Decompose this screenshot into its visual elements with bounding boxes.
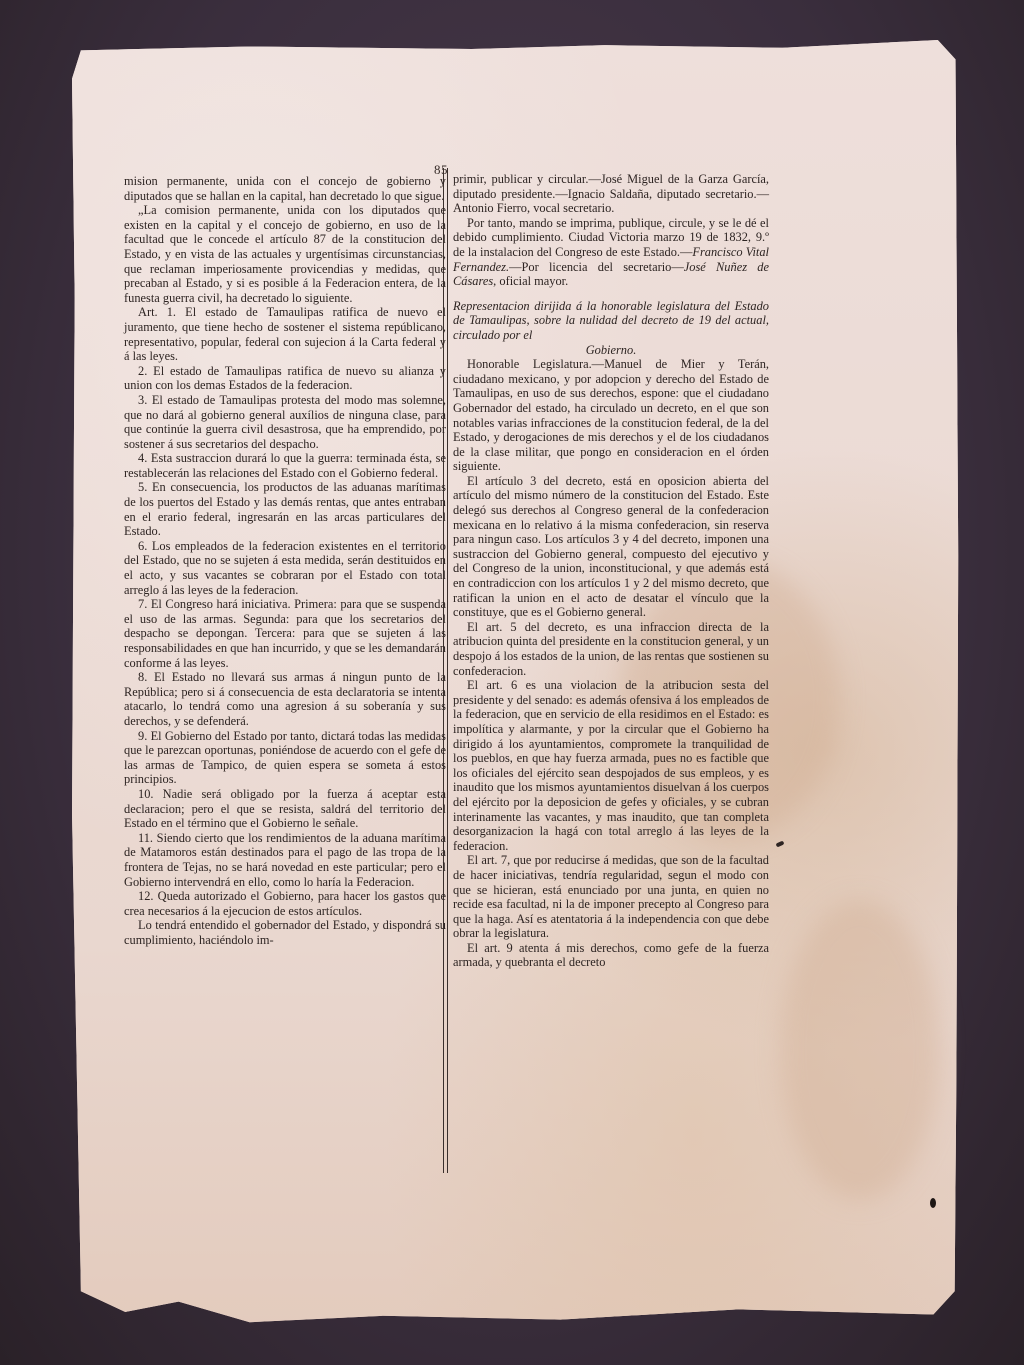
paragraph: El art. 6 es una violacion de la atribuc…	[453, 678, 769, 853]
signer-title: , oficial mayor.	[493, 274, 568, 288]
article-10: 10. Nadie será obligado por la fuerza á …	[124, 787, 446, 831]
article-8: 8. El Estado no llevará sus armas á ning…	[124, 670, 446, 728]
article-4: 4. Esta sustraccion durará lo que la gue…	[124, 451, 446, 480]
paragraph: El art. 5 del decreto, es una infraccion…	[453, 620, 769, 678]
paragraph: mision permanente, unida con el concejo …	[124, 174, 446, 203]
paragraph: El artículo 3 del decreto, está en oposi…	[453, 474, 769, 620]
decree-close-paragraph: Por tanto, mando se imprima, publique, c…	[453, 216, 769, 289]
article-3: 3. El estado de Tamaulipas protesta del …	[124, 393, 446, 451]
section-heading: Representacion dirijida á la honorable l…	[453, 299, 769, 343]
signatures-paragraph: primir, publicar y circular.—José Miguel…	[453, 172, 769, 216]
article-2: 2. El estado de Tamaulipas ratifica de n…	[124, 364, 446, 393]
article-6: 6. Los empleados de la federacion existe…	[124, 539, 446, 597]
article-5: 5. En consecuencia, los productos de las…	[124, 480, 446, 538]
right-column: primir, publicar y circular.—José Miguel…	[453, 172, 769, 970]
paragraph: „La comision permanente, unida con los d…	[124, 203, 446, 305]
closing-paragraph: Lo tendrá entendido el gobernador del Es…	[124, 918, 446, 947]
water-stain	[780, 900, 940, 1200]
article-9: 9. El Gobierno del Estado por tanto, dic…	[124, 729, 446, 787]
paragraph: El art. 9 atenta á mis derechos, como ge…	[453, 941, 769, 970]
article-1: Art. 1. El estado de Tamaulipas ratifica…	[124, 305, 446, 363]
paragraph: Honorable Legislatura.—Manuel de Mier y …	[453, 357, 769, 474]
paragraph: El art. 7, que por reducirse á medidas, …	[453, 853, 769, 941]
article-11: 11. Siendo cierto que los rendimientos d…	[124, 831, 446, 889]
license-text: —Por licencia del secretario—	[509, 260, 684, 274]
article-7: 7. El Congreso hará iniciativa. Primera:…	[124, 597, 446, 670]
left-column: mision permanente, unida con el concejo …	[124, 174, 446, 947]
ink-spot	[930, 1198, 936, 1208]
section-heading-last-line: Gobierno.	[453, 343, 769, 358]
article-12: 12. Queda autorizado el Gobierno, para h…	[124, 889, 446, 918]
